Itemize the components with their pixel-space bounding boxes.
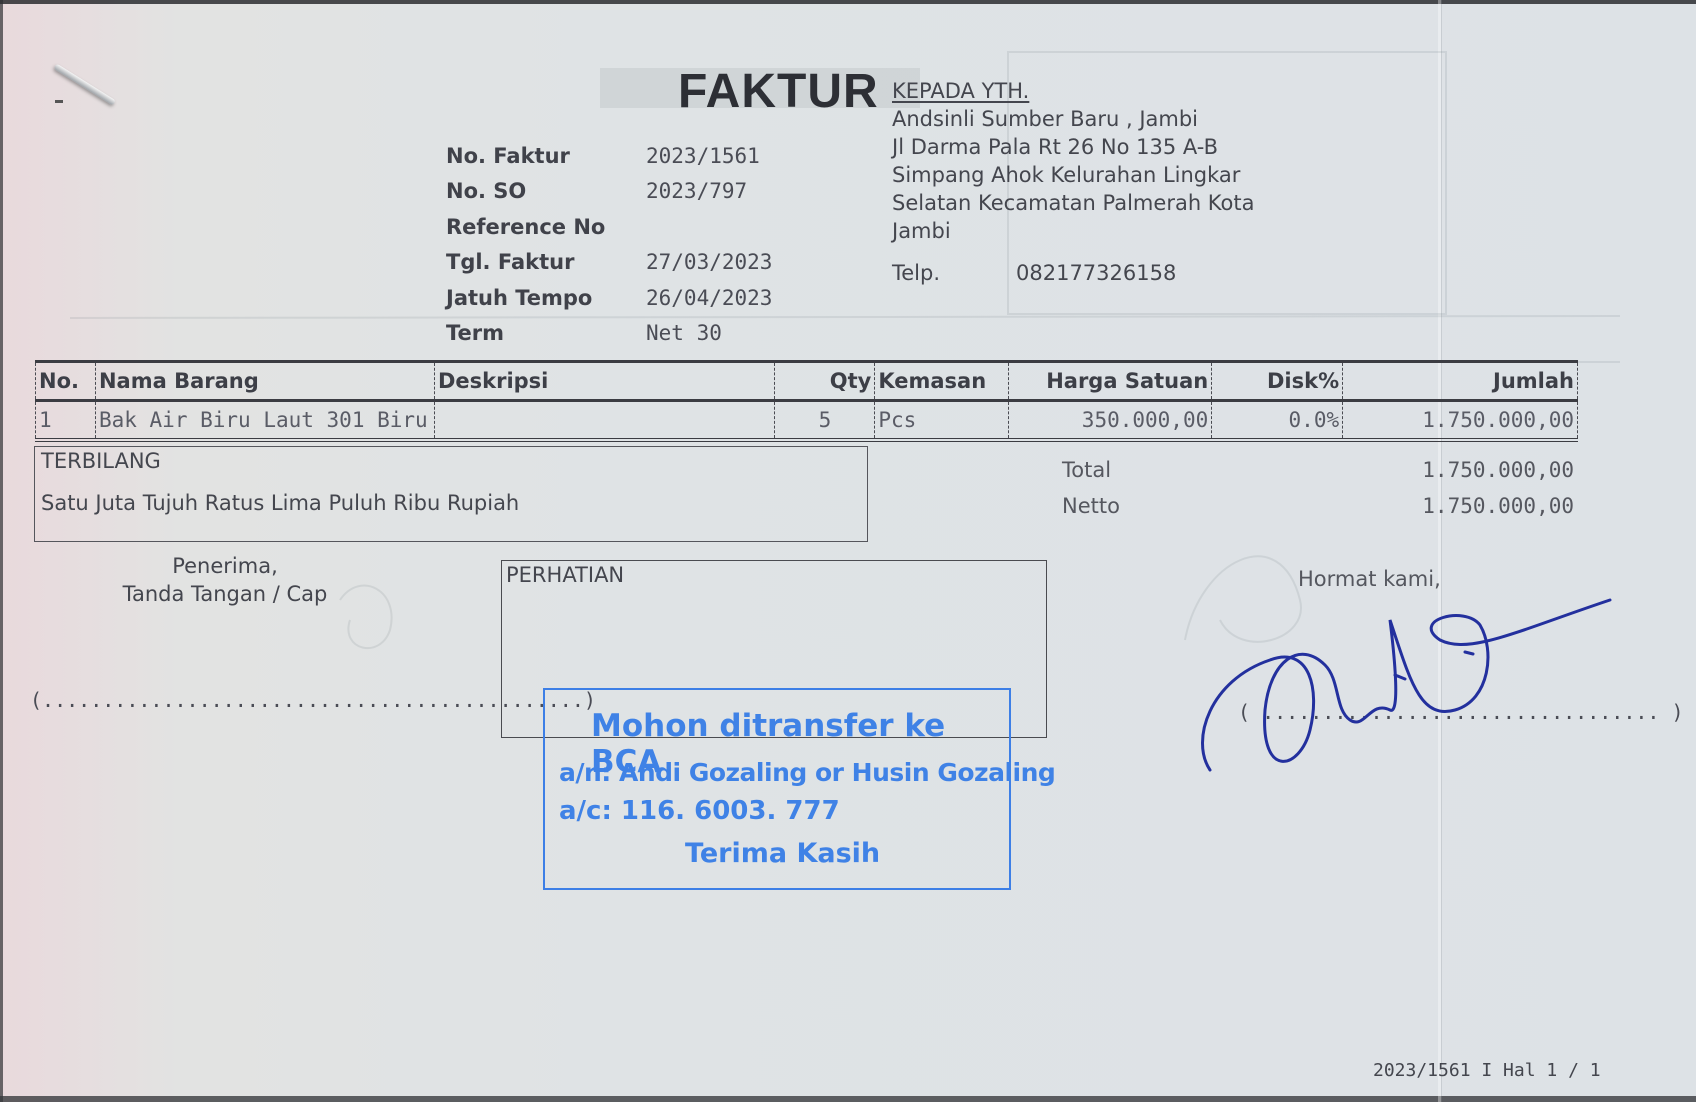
recipient-header: KEPADA YTH. xyxy=(892,77,1312,105)
meta-row-no-so: No. SO 2023/797 xyxy=(446,174,772,210)
recipient-block: KEPADA YTH. Andsinli Sumber Baru , Jambi… xyxy=(892,77,1312,287)
terbilang-label: TERBILANG xyxy=(41,449,861,473)
col-kemasan: Kemasan xyxy=(875,362,1009,401)
netto-value: 1.750.000,00 xyxy=(1422,494,1574,518)
receiver-block: Penerima, Tanda Tangan / Cap xyxy=(100,552,350,608)
total-label: Total xyxy=(1062,458,1111,482)
meta-value: Net 30 xyxy=(646,321,722,345)
cell-qty: 5 xyxy=(775,401,875,441)
col-disk: Disk% xyxy=(1212,362,1343,401)
stamp-thanks: Terima Kasih xyxy=(685,838,880,869)
col-qty: Qty xyxy=(775,362,875,401)
netto-label: Netto xyxy=(1062,494,1120,518)
meta-label: Term xyxy=(446,321,646,345)
terbilang-words: Satu Juta Tujuh Ratus Lima Puluh Ribu Ru… xyxy=(41,491,861,515)
cell-deskripsi xyxy=(434,401,775,441)
document-title: FAKTUR xyxy=(678,64,879,119)
recipient-phone-row: Telp. 082177326158 xyxy=(892,259,1312,287)
invoice-meta: No. Faktur 2023/1561 No. SO 2023/797 Ref… xyxy=(446,138,772,351)
meta-value: 2023/1561 xyxy=(646,144,760,168)
meta-label: No. Faktur xyxy=(446,144,646,168)
table-header-row: No. Nama Barang Deskripsi Qty Kemasan Ha… xyxy=(36,362,1578,401)
phone-value: 082177326158 xyxy=(1016,259,1176,287)
recipient-name: Andsinli Sumber Baru , Jambi xyxy=(892,105,1312,133)
col-deskripsi: Deskripsi xyxy=(434,362,775,401)
cell-jumlah: 1.750.000,00 xyxy=(1343,401,1578,441)
bank-transfer-stamp: Mohon ditransfer ke BCA a/n: Andi Gozali… xyxy=(543,688,1011,890)
cell-nama-barang: Bak Air Biru Laut 301 Biru xyxy=(95,401,434,441)
stamp-account-number: a/c: 116. 6003. 777 xyxy=(559,796,840,826)
terbilang-box: TERBILANG Satu Juta Tujuh Ratus Lima Pul… xyxy=(34,446,868,542)
meta-value: 2023/797 xyxy=(646,179,747,203)
staple-mark xyxy=(55,100,63,103)
cell-kemasan: Pcs xyxy=(875,401,1009,441)
meta-row-jatuh-tempo: Jatuh Tempo 26/04/2023 xyxy=(446,280,772,316)
col-no: No. xyxy=(36,362,96,401)
meta-label: No. SO xyxy=(446,179,646,203)
meta-label: Jatuh Tempo xyxy=(446,286,646,310)
totals-block: Total 1.750.000,00 Netto 1.750.000,00 xyxy=(1062,452,1574,524)
cell-harga-satuan: 350.000,00 xyxy=(1009,401,1212,441)
stamp-account-name: a/n: Andi Gozaling or Husin Gozaling xyxy=(559,758,1055,787)
netto-row: Netto 1.750.000,00 xyxy=(1062,488,1574,524)
total-value: 1.750.000,00 xyxy=(1422,458,1574,482)
table-row: 1 Bak Air Biru Laut 301 Biru 5 Pcs 350.0… xyxy=(36,401,1578,441)
meta-row-tgl-faktur: Tgl. Faktur 27/03/2023 xyxy=(446,245,772,281)
meta-row-term: Term Net 30 xyxy=(446,316,772,352)
meta-row-no-faktur: No. Faktur 2023/1561 xyxy=(446,138,772,174)
receiver-line1: Penerima, xyxy=(100,552,350,580)
col-jumlah: Jumlah xyxy=(1343,362,1578,401)
meta-row-reference-no: Reference No xyxy=(446,209,772,245)
meta-label: Reference No xyxy=(446,215,646,239)
cell-disk: 0.0% xyxy=(1212,401,1343,441)
col-harga-satuan: Harga Satuan xyxy=(1009,362,1212,401)
col-nama-barang: Nama Barang xyxy=(95,362,434,401)
receiver-line2: Tanda Tangan / Cap xyxy=(100,580,350,608)
items-table: No. Nama Barang Deskripsi Qty Kemasan Ha… xyxy=(35,360,1578,442)
total-row: Total 1.750.000,00 xyxy=(1062,452,1574,488)
meta-label: Tgl. Faktur xyxy=(446,250,646,274)
page-footer: 2023/1561 I Hal 1 / 1 xyxy=(1373,1060,1601,1081)
handwritten-signature-icon xyxy=(1190,580,1630,780)
phone-label: Telp. xyxy=(892,259,1016,287)
ghost-show-through xyxy=(0,0,1696,1102)
cell-no: 1 xyxy=(36,401,96,441)
meta-value: 26/04/2023 xyxy=(646,286,772,310)
meta-value: 27/03/2023 xyxy=(646,250,772,274)
perhatian-label: PERHATIAN xyxy=(506,563,1042,587)
recipient-address: Jl Darma Pala Rt 26 No 135 A-B Simpang A… xyxy=(892,133,1312,245)
